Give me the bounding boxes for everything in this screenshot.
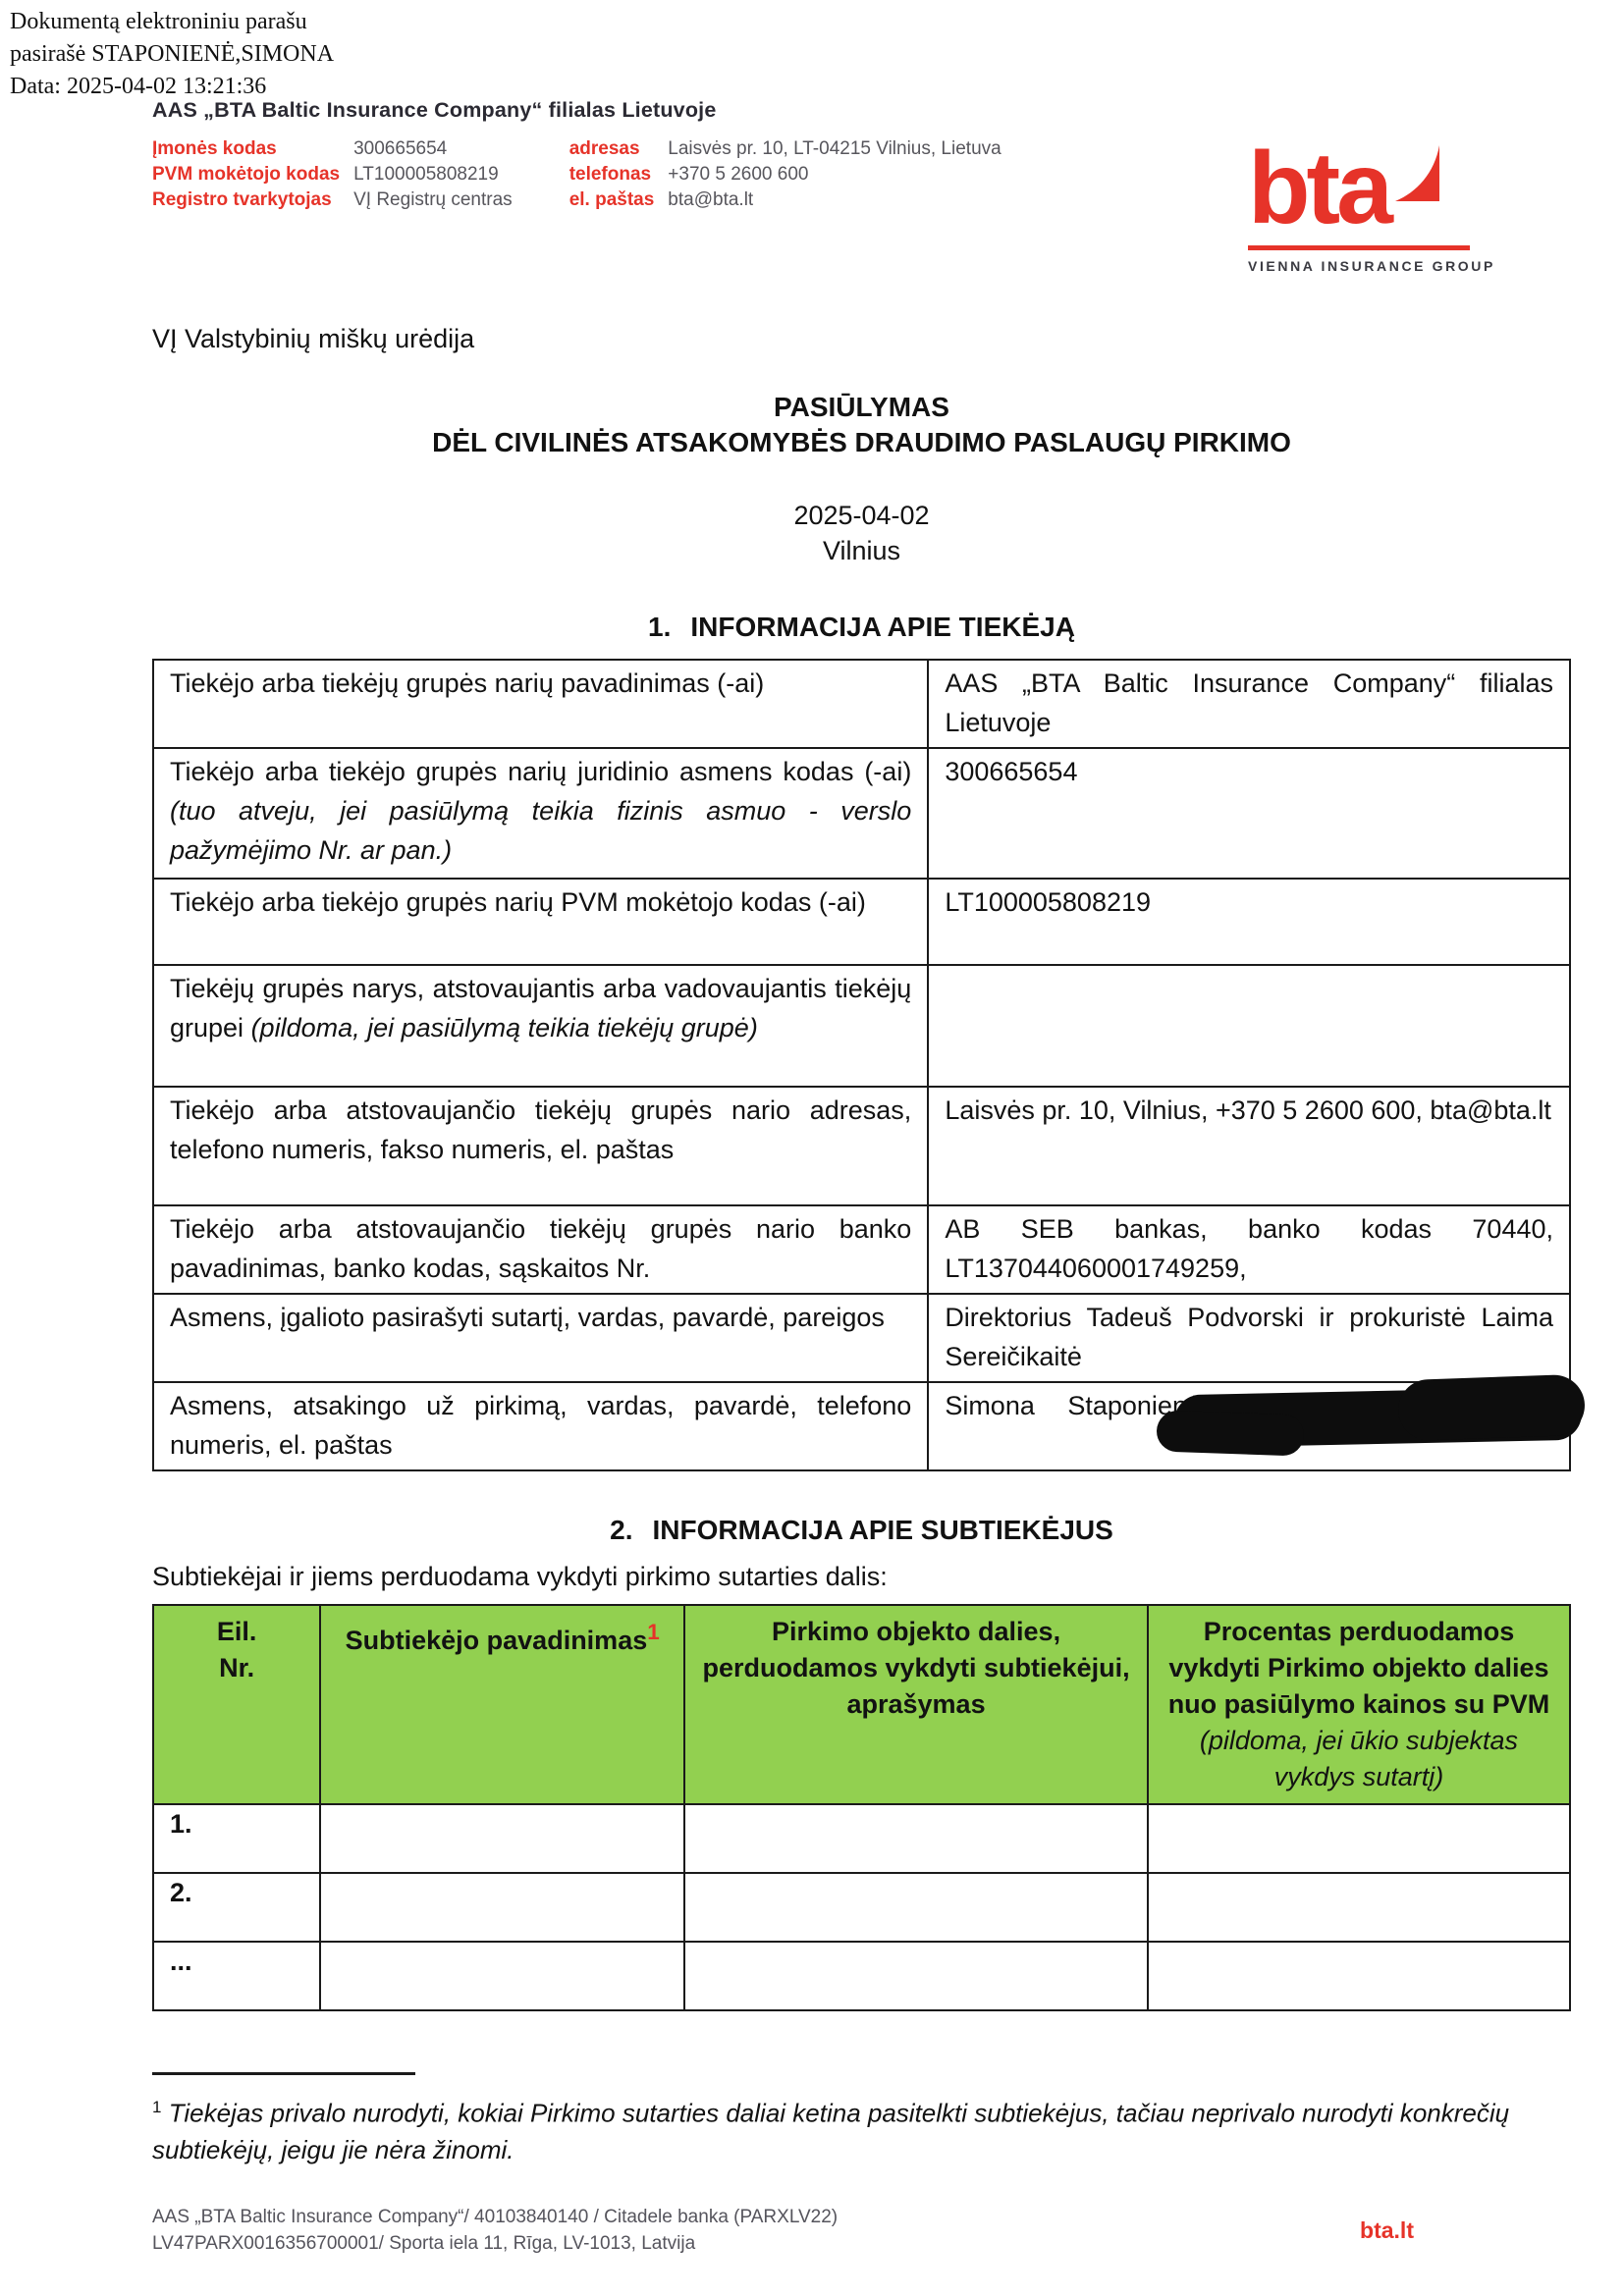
- row-value-cell: AB SEB bankas, banko kodas 70440, LT1370…: [928, 1205, 1570, 1294]
- row-label-cell: Tiekėjo arba tiekėjo grupės narių juridi…: [153, 748, 928, 879]
- row-percentage-cell: [1148, 1942, 1570, 2010]
- redaction-mark: [1157, 1410, 1305, 1456]
- row-label-cell: Tiekėjų grupės narys, atstovaujantis arb…: [153, 965, 928, 1087]
- row-value-cell: [928, 965, 1570, 1087]
- info-value: bta@bta.lt: [668, 187, 1001, 213]
- row-name-cell: [320, 1804, 684, 1873]
- row-name-cell: [320, 1873, 684, 1942]
- info-value: LT100005808219: [353, 162, 513, 187]
- row-value-cell: Simona Staponienė,: [928, 1382, 1570, 1470]
- info-label: Registro tvarkytojas: [152, 187, 353, 213]
- table-row: Tiekėjo arba atstovaujančio tiekėjų grup…: [153, 1087, 1570, 1205]
- subcontractor-row: 1.: [153, 1804, 1570, 1873]
- table-row: Tiekėjo arba atstovaujančio tiekėjų grup…: [153, 1205, 1570, 1294]
- footnote-rule: [152, 2072, 415, 2075]
- footer-line-1: AAS „BTA Baltic Insurance Company“/ 4010…: [152, 2204, 1571, 2230]
- info-label: el. paštas: [569, 187, 669, 213]
- info-value: Laisvės pr. 10, LT-04215 Vilnius, Lietuv…: [668, 136, 1001, 162]
- table-row: Tiekėjo arba tiekėjų grupės narių pavadi…: [153, 660, 1570, 748]
- row-value-cell: Laisvės pr. 10, Vilnius, +370 5 2600 600…: [928, 1087, 1570, 1205]
- logo-subtext: VIENNA INSURANCE GROUP: [1248, 258, 1470, 274]
- supplier-info-table: Tiekėjo arba tiekėjų grupės narių pavadi…: [152, 659, 1571, 1471]
- info-value: +370 5 2600 600: [668, 162, 1001, 187]
- subcontractor-row: 2.: [153, 1873, 1570, 1942]
- letterhead: AAS „BTA Baltic Insurance Company“ filia…: [152, 98, 1193, 213]
- col-description-header: Pirkimo objekto dalies, perduodamos vykd…: [684, 1605, 1148, 1804]
- row-number-cell: 2.: [153, 1873, 320, 1942]
- section2-heading: 2.INFORMACIJA APIE SUBTIEKĖJUS: [152, 1515, 1571, 1546]
- subcontractor-header-row: Eil. Nr. Subtiekėjo pavadinimas1 Pirkimo…: [153, 1605, 1570, 1804]
- subcontractor-table: Eil. Nr. Subtiekėjo pavadinimas1 Pirkimo…: [152, 1604, 1571, 2011]
- info-label: adresas: [569, 136, 669, 162]
- row-percentage-cell: [1148, 1804, 1570, 1873]
- col-number-header: Eil. Nr.: [153, 1605, 320, 1804]
- footnote-sup: 1: [152, 2098, 161, 2116]
- row-value-cell: AAS „BTA Baltic Insurance Company“ filia…: [928, 660, 1570, 748]
- row-label-cell: Tiekėjo arba tiekėjo grupės narių PVM mo…: [153, 879, 928, 965]
- stamp-line: pasirašė STAPONIENĖ,SIMONA: [10, 38, 334, 71]
- redaction-mark: [1397, 1374, 1586, 1442]
- doc-title-line2: DĖL CIVILINĖS ATSAKOMYBĖS DRAUDIMO PASLA…: [152, 425, 1571, 460]
- document-page: Dokumentą elektroniniu parašu pasirašė S…: [0, 0, 1624, 2296]
- row-label-cell: Tiekėjo arba atstovaujančio tiekėjų grup…: [153, 1087, 928, 1205]
- doc-title-line1: PASIŪLYMAS: [152, 390, 1571, 425]
- row-value-cell: 300665654: [928, 748, 1570, 879]
- info-label: telefonas: [569, 162, 669, 187]
- table-row: Tiekėjų grupės narys, atstovaujantis arb…: [153, 965, 1570, 1087]
- doc-dateline: 2025-04-02 Vilnius: [152, 498, 1571, 568]
- subcontractor-row: ...: [153, 1942, 1570, 2010]
- row-label-cell: Tiekėjo arba tiekėjų grupės narių pavadi…: [153, 660, 928, 748]
- company-info-right: adresas Laisvės pr. 10, LT-04215 Vilnius…: [569, 136, 1001, 213]
- footnote-ref: 1: [647, 1620, 660, 1644]
- doc-date: 2025-04-02: [152, 498, 1571, 533]
- table-row: Asmens, atsakingo už pirkimą, vardas, pa…: [153, 1382, 1570, 1470]
- info-value: 300665654: [353, 136, 513, 162]
- footnote: 1 Tiekėjas privalo nurodyti, kokiai Pirk…: [152, 2089, 1571, 2168]
- row-value-cell: LT100005808219: [928, 879, 1570, 965]
- info-label: Įmonės kodas: [152, 136, 353, 162]
- table-row: Asmens, įgalioto pasirašyti sutartį, var…: [153, 1294, 1570, 1382]
- sail-icon: [1393, 145, 1442, 208]
- company-name: AAS „BTA Baltic Insurance Company“ filia…: [152, 98, 1193, 123]
- row-label-cell: Asmens, atsakingo už pirkimą, vardas, pa…: [153, 1382, 928, 1470]
- logo-divider: [1248, 245, 1470, 250]
- row-name-cell: [320, 1942, 684, 2010]
- footnote-text: Tiekėjas privalo nurodyti, kokiai Pirkim…: [152, 2099, 1509, 2164]
- signature-stamp: Dokumentą elektroniniu parašu pasirašė S…: [10, 6, 334, 103]
- col-percentage-header: Procentas perduodamos vykdyti Pirkimo ob…: [1148, 1605, 1570, 1804]
- bta-logo: bta VIENNA INSURANCE GROUP: [1248, 143, 1470, 274]
- row-number-cell: 1.: [153, 1804, 320, 1873]
- row-value-cell: Direktorius Tadeuš Podvorski ir prokuris…: [928, 1294, 1570, 1382]
- footer-line-2: LV47PARX0016356700001/ Sporta iela 11, R…: [152, 2230, 1571, 2257]
- footer-site-link: bta.lt: [1360, 2217, 1414, 2244]
- subcontractor-intro: Subtiekėjai ir jiems perduodama vykdyti …: [152, 1562, 1571, 1592]
- row-description-cell: [684, 1804, 1148, 1873]
- row-description-cell: [684, 1942, 1148, 2010]
- stamp-line: Dokumentą elektroniniu parašu: [10, 6, 334, 38]
- company-info: Įmonės kodas 300665654 PVM mokėtojo koda…: [152, 136, 1193, 213]
- doc-title: PASIŪLYMAS DĖL CIVILINĖS ATSAKOMYBĖS DRA…: [152, 390, 1571, 460]
- table-row: Tiekėjo arba tiekėjo grupės narių juridi…: [153, 748, 1570, 879]
- bta-logo-text: bta: [1248, 143, 1389, 234]
- addressee: VĮ Valstybinių miškų urėdija: [152, 324, 1571, 354]
- section1-heading: 1.INFORMACIJA APIE TIEKĖJĄ: [152, 612, 1571, 643]
- row-number-cell: ...: [153, 1942, 320, 2010]
- row-label-cell: Asmens, įgalioto pasirašyti sutartį, var…: [153, 1294, 928, 1382]
- info-label: PVM mokėtojo kodas: [152, 162, 353, 187]
- doc-city: Vilnius: [152, 533, 1571, 568]
- row-description-cell: [684, 1873, 1148, 1942]
- col-name-header: Subtiekėjo pavadinimas1: [320, 1605, 684, 1804]
- row-label-cell: Tiekėjo arba atstovaujančio tiekėjų grup…: [153, 1205, 928, 1294]
- company-info-left: Įmonės kodas 300665654 PVM mokėtojo koda…: [152, 136, 513, 213]
- info-value: VĮ Registrų centras: [353, 187, 513, 213]
- table-row: Tiekėjo arba tiekėjo grupės narių PVM mo…: [153, 879, 1570, 965]
- page-footer: AAS „BTA Baltic Insurance Company“/ 4010…: [152, 2204, 1571, 2257]
- row-percentage-cell: [1148, 1873, 1570, 1942]
- document-body: VĮ Valstybinių miškų urėdija PASIŪLYMAS …: [152, 324, 1571, 2257]
